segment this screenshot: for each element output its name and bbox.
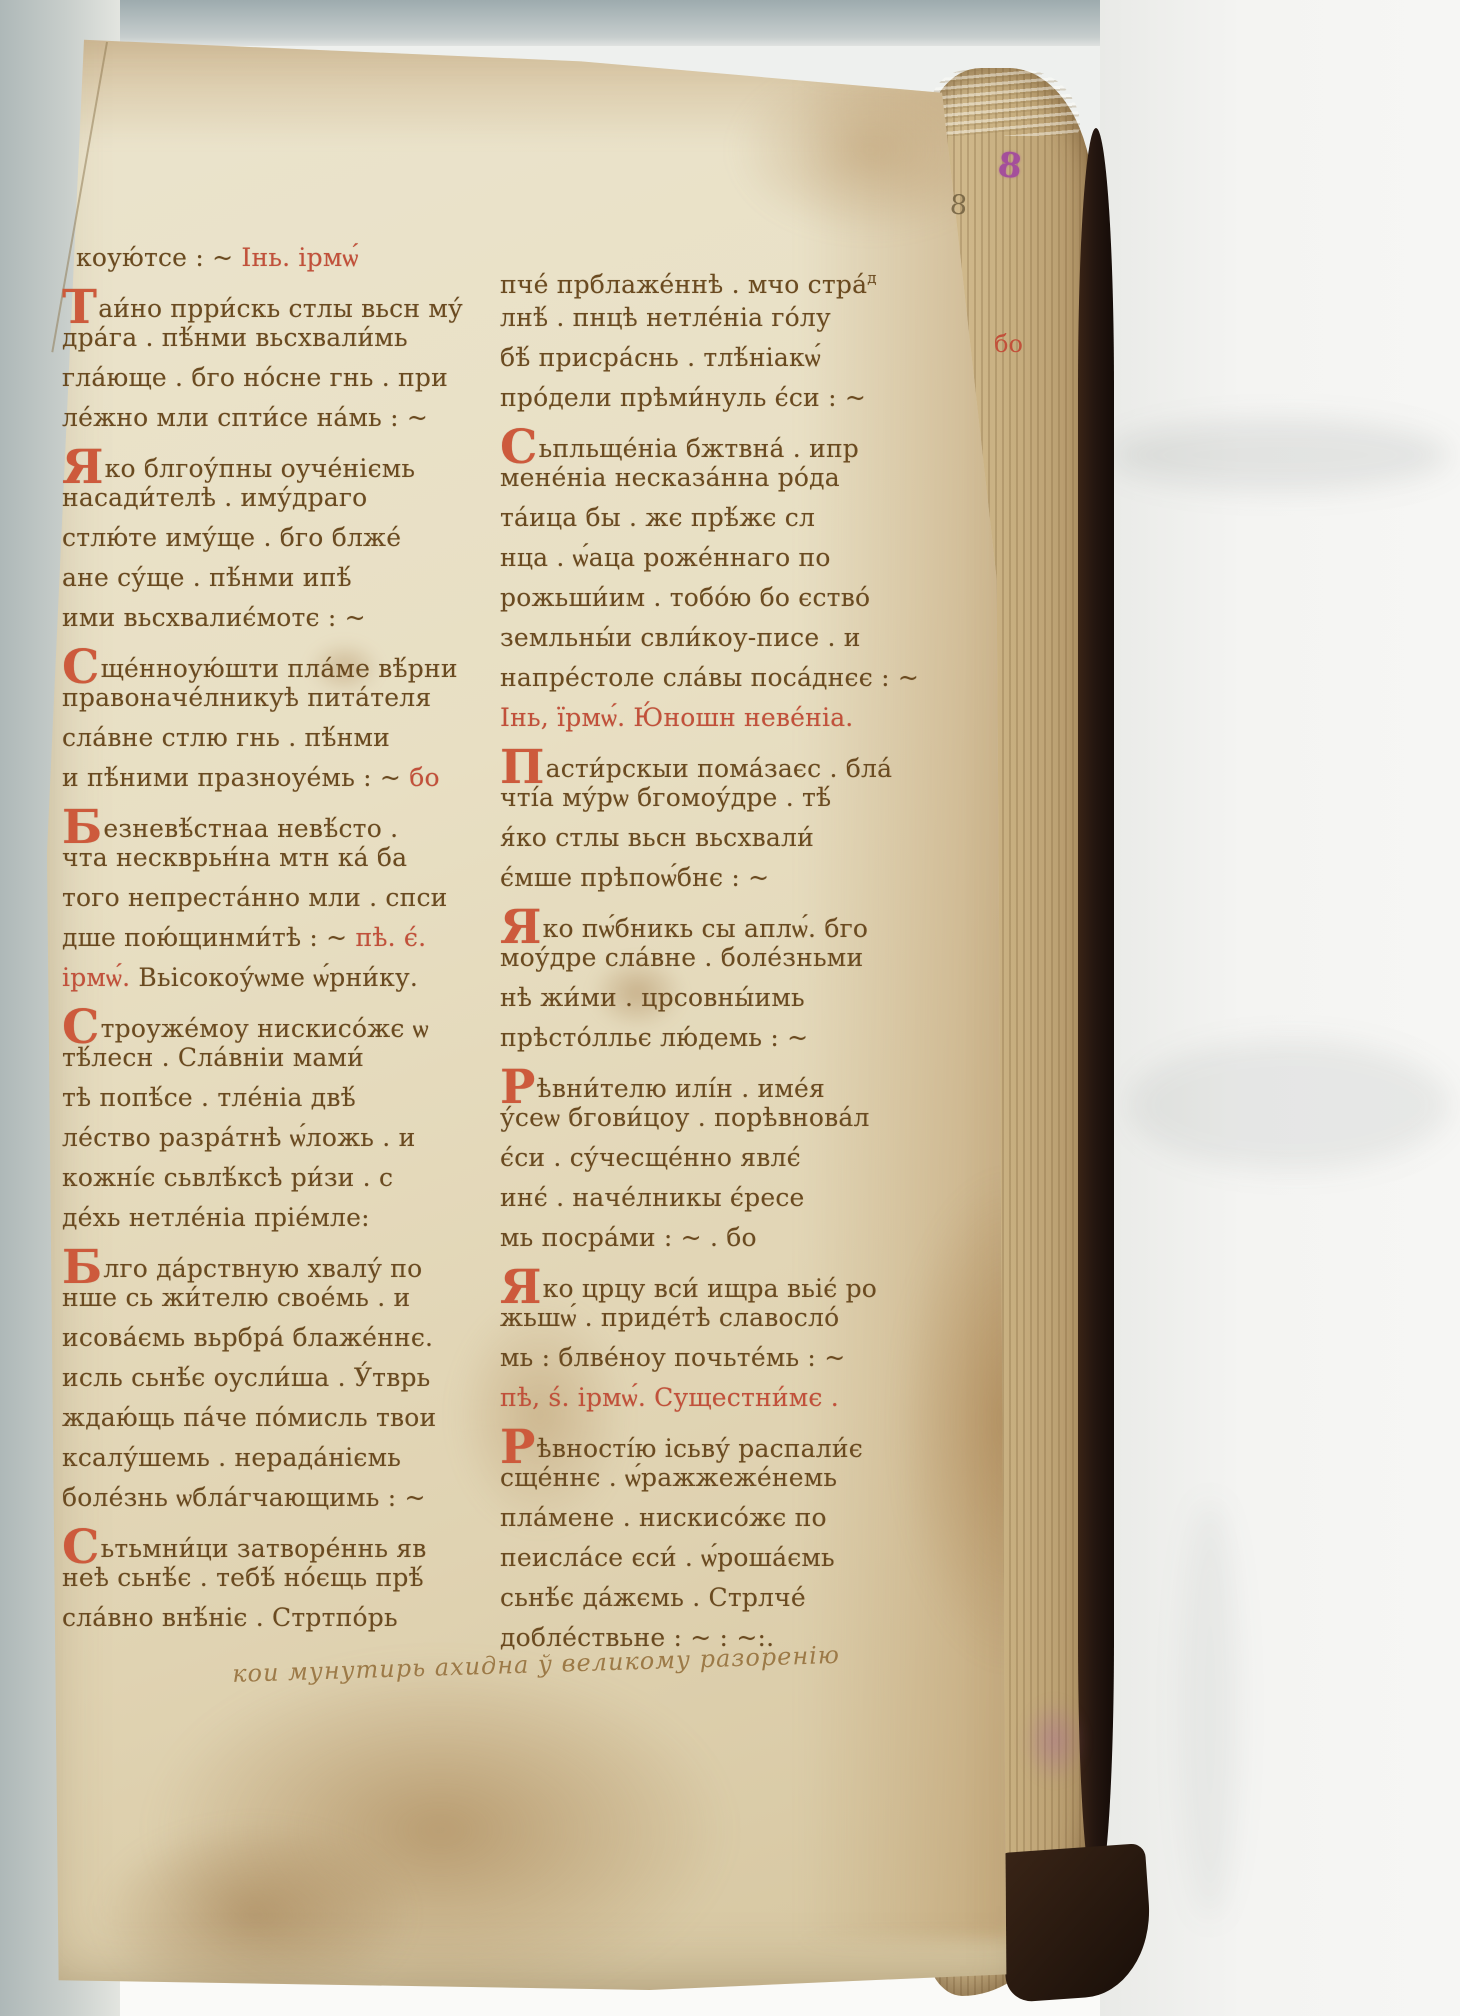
manuscript-line: стлю́те иму́ще . бго блже́ bbox=[62, 518, 474, 558]
manuscript-line: инє́ . наче́лникы є́ресе bbox=[500, 1178, 978, 1218]
ink-text: того непреста́нно мли . спси bbox=[62, 883, 448, 912]
ink-text: бѣ́ присра́снь . тлѣ́ніакѡ́ bbox=[500, 343, 821, 372]
manuscript-line: мене́ніа несказа́нна ро́да bbox=[500, 458, 978, 498]
rubric-text: пѣ, ѕ́. ірмѡ́. Сущестни́мє . bbox=[500, 1383, 839, 1412]
ink-text: чта нескврьн́на мтн ка́ ба bbox=[62, 843, 407, 872]
rubric-initial: С bbox=[62, 1000, 100, 1055]
manuscript-line: є́мше прѣпоѡ́бнє : ~ bbox=[500, 858, 978, 898]
ink-text: гла́юще . бго но́сне гнь . при bbox=[62, 363, 448, 392]
ink-text: є́си . су́чесще́нно явлє́ bbox=[500, 1143, 801, 1172]
rubric-initial: Я bbox=[500, 1260, 542, 1315]
ink-text: дра́га . пѣ́нми вьсхвали́мь bbox=[62, 323, 408, 352]
manuscript-line: коую́тсе : ~ Інь. ірмѡ́ bbox=[62, 238, 474, 278]
rubric-initial: П bbox=[500, 740, 545, 795]
manuscript-line: насади́телѣ . иму́драго bbox=[62, 478, 474, 518]
manuscript-line: правоначе́лникуѣ пита́теля bbox=[62, 678, 474, 718]
rubric-initial: С bbox=[500, 420, 538, 475]
ink-text: ждаю́щь па́че по́мисль твои bbox=[62, 1403, 436, 1432]
cloth-fold-shadow bbox=[1110, 420, 1450, 490]
manuscript-line: нѣ жи́ми . црсовны́имь bbox=[500, 978, 978, 1018]
manuscript-line: дра́га . пѣ́нми вьсхвали́мь bbox=[62, 318, 474, 358]
manuscript-line: Сьпльще́ніа бжтвна́ . ипр bbox=[500, 418, 978, 458]
manuscript-line: ждаю́щь па́че по́мисль твои bbox=[62, 1398, 474, 1438]
manuscript-line: ірмѡ́. Вьісокоу́ѡме ѡ́рни́ку. bbox=[62, 958, 474, 998]
manuscript-line: Рѣвності́ю ісьву́ распали́є bbox=[500, 1418, 978, 1458]
manuscript-line: про́дели прѣми́нуль є́си : ~ bbox=[500, 378, 978, 418]
ink-text: коую́тсе : ~ bbox=[76, 243, 241, 272]
manuscript-line: напре́столе сла́вы поса́днєє : ~ bbox=[500, 658, 978, 698]
ink-text: дше пою́щинми́тѣ : ~ bbox=[62, 923, 355, 952]
manuscript-line: де́хь нетле́ніа пріе́мле: bbox=[62, 1198, 474, 1238]
ink-text: у́сеѡ бгови́цоу . порѣвнова́л bbox=[500, 1103, 870, 1132]
ink-text: сьнѣ́є да́жємь . Стрлче́ bbox=[500, 1583, 806, 1612]
rubric-initial: Р bbox=[500, 1420, 536, 1475]
manuscript-line: лнѣ́ . пнцѣ нетле́ніа го́лу bbox=[500, 298, 978, 338]
manuscript-line: Яко блгоу́пны оуче́ніємь bbox=[62, 438, 474, 478]
manuscript-line: ими вьсхвалиє́мотє : ~ bbox=[62, 598, 474, 638]
rubric-initial: Р bbox=[500, 1060, 536, 1115]
ink-text: сще́ннє . ѡ́ражжеже́немь bbox=[500, 1463, 837, 1492]
manuscript-line: сла́вно внѣ́ніє . Стртпо́рь bbox=[62, 1598, 474, 1638]
ink-text: чті́а му́рѡ бгомоу́дре . тѣ́ bbox=[500, 783, 831, 812]
manuscript-line: исова́ємь вьрбра́ блаже́ннє. bbox=[62, 1318, 474, 1358]
manuscript-line: ксалу́шемь . нерада́ніємь bbox=[62, 1438, 474, 1478]
ink-text: нѣ жи́ми . црсовны́имь bbox=[500, 983, 805, 1012]
manuscript-line: чті́а му́рѡ бгомоу́дре . тѣ́ bbox=[500, 778, 978, 818]
rubric-initial: Т bbox=[62, 280, 97, 335]
cloth-fold-shadow bbox=[1180, 1500, 1240, 1920]
manuscript-line: Яко црцу вси́ ищра вьіє́ ро bbox=[500, 1258, 978, 1298]
manuscript-line: бѣ́ присра́снь . тлѣ́ніакѡ́ bbox=[500, 338, 978, 378]
manuscript-line: Рѣвни́телю илі́н . име́я bbox=[500, 1058, 978, 1098]
manuscript-line: Таи́но прри́скь стлы вьсн му́ bbox=[62, 278, 474, 318]
rubric-initial: Б bbox=[62, 1240, 102, 1295]
manuscript-line: тѣ́лесн . Сла́вніи мами́ bbox=[62, 1038, 474, 1078]
ink-text: моу́дре сла́вне . боле́зньми bbox=[500, 943, 863, 972]
text-column-right: пче́ прблаже́ннѣ . мчо стра́длнѣ́ . пнцѣ… bbox=[500, 258, 978, 1658]
manuscript-line: кожні́є сьвлѣ́ксѣ ри́зи . с bbox=[62, 1158, 474, 1198]
ink-text: мене́ніа несказа́нна ро́да bbox=[500, 463, 840, 492]
manuscript-line: и пѣ́ними празноуе́мь : ~ бо bbox=[62, 758, 474, 798]
manuscript-line: боле́знь ѡбла́гчающимь : ~ bbox=[62, 1478, 474, 1518]
manuscript-line: жьшѡ́ . приде́тѣ славосло́ bbox=[500, 1298, 978, 1338]
ink-text: боле́знь ѡбла́гчающимь : ~ bbox=[62, 1483, 426, 1512]
manuscript-line: Строуже́моу нискисо́жє ѡ bbox=[62, 998, 474, 1038]
ink-text: сла́вне стлю гнь . пѣ́нми bbox=[62, 723, 390, 752]
manuscript-line: моу́дре сла́вне . боле́зньми bbox=[500, 938, 978, 978]
rubric-text: Інь, їрмѡ́. Ю́ношн неве́ніа. bbox=[500, 703, 853, 732]
book-cover-edge bbox=[1078, 128, 1114, 1898]
manuscript-line: дше пою́щинми́тѣ : ~ пѣ. є́. bbox=[62, 918, 474, 958]
book-page-stack-corner bbox=[930, 70, 1080, 136]
manuscript-line: Блго да́рствную хвалу́ по bbox=[62, 1238, 474, 1278]
ink-text: пла́мене . нискисо́жє по bbox=[500, 1503, 827, 1532]
ink-text: пче́ прблаже́ннѣ . мчо стра́ bbox=[500, 270, 867, 299]
background-cloth-right bbox=[1100, 0, 1460, 2016]
ink-text: сла́вно внѣ́ніє . Стртпо́рь bbox=[62, 1603, 398, 1632]
ink-text: земльны́и свли́коу-писе . и bbox=[500, 623, 861, 652]
manuscript-line: земльны́и свли́коу-писе . и bbox=[500, 618, 978, 658]
ink-text: лнѣ́ . пнцѣ нетле́ніа го́лу bbox=[500, 303, 831, 332]
manuscript-line: сьнѣ́є да́жємь . Стрлче́ bbox=[500, 1578, 978, 1618]
ink-text: напре́столе сла́вы поса́днєє : ~ bbox=[500, 663, 919, 692]
manuscript-line: пѣ, ѕ́. ірмѡ́. Сущестни́мє . bbox=[500, 1378, 978, 1418]
manuscript-line: Сьтьмни́ци затворе́ннь яв bbox=[62, 1518, 474, 1558]
manuscript-line: Сще́нноую́шти пла́ме вѣ́рни bbox=[62, 638, 474, 678]
ink-text: нца . ѡ́аца роже́ннаго по bbox=[500, 543, 831, 572]
cloth-fold-shadow bbox=[1130, 1040, 1450, 1170]
rubric-initial: Б bbox=[62, 800, 102, 855]
manuscript-line: Безневѣ́стнаа невѣ́сто . bbox=[62, 798, 474, 838]
rubric-initial: С bbox=[62, 640, 100, 695]
text-column-left: коую́тсе : ~ Інь. ірмѡ́Таи́но прри́скь с… bbox=[62, 238, 474, 1638]
manuscript-line: исль сьнѣ́є оусли́ша . У́тврь bbox=[62, 1358, 474, 1398]
manuscript-line: я́ко стлы вьсн вьсхвали́ bbox=[500, 818, 978, 858]
ink-text: кожні́є сьвлѣ́ксѣ ри́зи . с bbox=[62, 1163, 393, 1192]
manuscript-line: рожьши́им . тобо́ю бо єство́ bbox=[500, 578, 978, 618]
ink-text: насади́телѣ . иму́драго bbox=[62, 483, 367, 512]
ink-smudge bbox=[1022, 1698, 1086, 1784]
folio-number-stamp: 8 bbox=[996, 145, 1024, 188]
manuscript-line: пла́мене . нискисо́жє по bbox=[500, 1498, 978, 1538]
manuscript-line: пче́ прблаже́ннѣ . мчо стра́д bbox=[500, 258, 978, 298]
ink-text: мь : блве́ноу почьте́мь : ~ bbox=[500, 1343, 845, 1372]
ink-text: исль сьнѣ́є оусли́ша . У́тврь bbox=[62, 1363, 430, 1392]
manuscript-line: Пасти́рскыи пома́заєс . бла́ bbox=[500, 738, 978, 778]
ink-text: неѣ сьнѣ́є . тебѣ́ но́єщь прѣ́ bbox=[62, 1563, 424, 1592]
ink-text: є́мше прѣпоѡ́бнє : ~ bbox=[500, 863, 769, 892]
rubric-initial: Я bbox=[62, 440, 104, 495]
manuscript-line: того непреста́нно мли . спси bbox=[62, 878, 474, 918]
manuscript-line: гла́юще . бго но́сне гнь . при bbox=[62, 358, 474, 398]
manuscript-line: Яко пѡ́бникь сы аплѡ́. бго bbox=[500, 898, 978, 938]
ink-text: ле́жно мли спти́се на́мь : ~ bbox=[62, 403, 428, 432]
ink-text: тѣ́лесн . Сла́вніи мами́ bbox=[62, 1043, 364, 1072]
manuscript-line: нше сь жи́телю свое́мь . и bbox=[62, 1278, 474, 1318]
ink-text: стлю́те иму́ще . бго блже́ bbox=[62, 523, 401, 552]
ink-text: ими вьсхвалиє́мотє : ~ bbox=[62, 603, 366, 632]
manuscript-line: ле́ство разра́тнѣ ѡ́ложь . и bbox=[62, 1118, 474, 1158]
rubric-initial: С bbox=[62, 1520, 100, 1575]
rubric-text: ірмѡ́. bbox=[62, 963, 138, 992]
manuscript-line: сла́вне стлю гнь . пѣ́нми bbox=[62, 718, 474, 758]
manuscript-line: чта нескврьн́на мтн ка́ ба bbox=[62, 838, 474, 878]
folio-number-pencil: 8 bbox=[949, 189, 968, 221]
manuscript-line: та́ица бы . жє прѣ́жє сл bbox=[500, 498, 978, 538]
ink-text: я́ко стлы вьсн вьсхвали́ bbox=[500, 823, 814, 852]
ink-text: пеисла́се єси́ . ѡ́роша́ємь bbox=[500, 1543, 835, 1572]
ink-text: и пѣ́ними празноуе́мь : ~ bbox=[62, 763, 409, 792]
rubric-initial: Я bbox=[500, 900, 542, 955]
ink-text: рожьши́им . тобо́ю бо єство́ bbox=[500, 583, 870, 612]
manuscript-line: неѣ сьнѣ́є . тебѣ́ но́єщь прѣ́ bbox=[62, 1558, 474, 1598]
photo-stage: коую́тсе : ~ Інь. ірмѡ́Таи́но прри́скь с… bbox=[0, 0, 1460, 2016]
rubric-text: Інь. ірмѡ́ bbox=[241, 243, 358, 272]
ink-text: жьшѡ́ . приде́тѣ славосло́ bbox=[500, 1303, 839, 1332]
manuscript-line: мь посра́ми : ~ . бо bbox=[500, 1218, 978, 1258]
ink-text: та́ица бы . жє прѣ́жє сл bbox=[500, 503, 815, 532]
ink-text: про́дели прѣми́нуль є́си : ~ bbox=[500, 383, 866, 412]
ink-text: исова́ємь вьрбра́ блаже́ннє. bbox=[62, 1323, 433, 1352]
ink-text: ле́ство разра́тнѣ ѡ́ложь . и bbox=[62, 1123, 415, 1152]
manuscript-line: ане су́ще . пѣ́нми ипѣ́ bbox=[62, 558, 474, 598]
manuscript-line: прѣсто́лльє лю́демь : ~ bbox=[500, 1018, 978, 1058]
manuscript-line: пеисла́се єси́ . ѡ́роша́ємь bbox=[500, 1538, 978, 1578]
manuscript-line: тѣ попѣ́се . тле́ніа двѣ́ bbox=[62, 1078, 474, 1118]
margin-gloss: бо bbox=[994, 330, 1023, 358]
ink-text: тѣ попѣ́се . тле́ніа двѣ́ bbox=[62, 1083, 356, 1112]
manuscript-line: ле́жно мли спти́се на́мь : ~ bbox=[62, 398, 474, 438]
manuscript-line: сще́ннє . ѡ́ражжеже́немь bbox=[500, 1458, 978, 1498]
ink-text: ксалу́шемь . нерада́ніємь bbox=[62, 1443, 401, 1472]
ink-text: прѣсто́лльє лю́демь : ~ bbox=[500, 1023, 808, 1052]
manuscript-line: Інь, їрмѡ́. Ю́ношн неве́ніа. bbox=[500, 698, 978, 738]
ink-text: правоначе́лникуѣ пита́теля bbox=[62, 683, 431, 712]
manuscript-line: нца . ѡ́аца роже́ннаго по bbox=[500, 538, 978, 578]
manuscript-line: у́сеѡ бгови́цоу . порѣвнова́л bbox=[500, 1098, 978, 1138]
manuscript-line: є́си . су́чесще́нно явлє́ bbox=[500, 1138, 978, 1178]
ink-text: де́хь нетле́ніа пріе́мле: bbox=[62, 1203, 370, 1232]
manuscript-line: мь : блве́ноу почьте́мь : ~ bbox=[500, 1338, 978, 1378]
ink-text: мь посра́ми : ~ . бо bbox=[500, 1223, 757, 1252]
ink-text: ане су́ще . пѣ́нми ипѣ́ bbox=[62, 563, 352, 592]
ink-text: д bbox=[867, 269, 876, 287]
ink-text: Вьісокоу́ѡме ѡ́рни́ку. bbox=[138, 963, 418, 992]
ink-text: инє́ . наче́лникы є́ресе bbox=[500, 1183, 805, 1212]
ink-text: нше сь жи́телю свое́мь . и bbox=[62, 1283, 410, 1312]
rubric-text: бо bbox=[409, 763, 440, 792]
rubric-text: пѣ. є́. bbox=[355, 923, 426, 952]
